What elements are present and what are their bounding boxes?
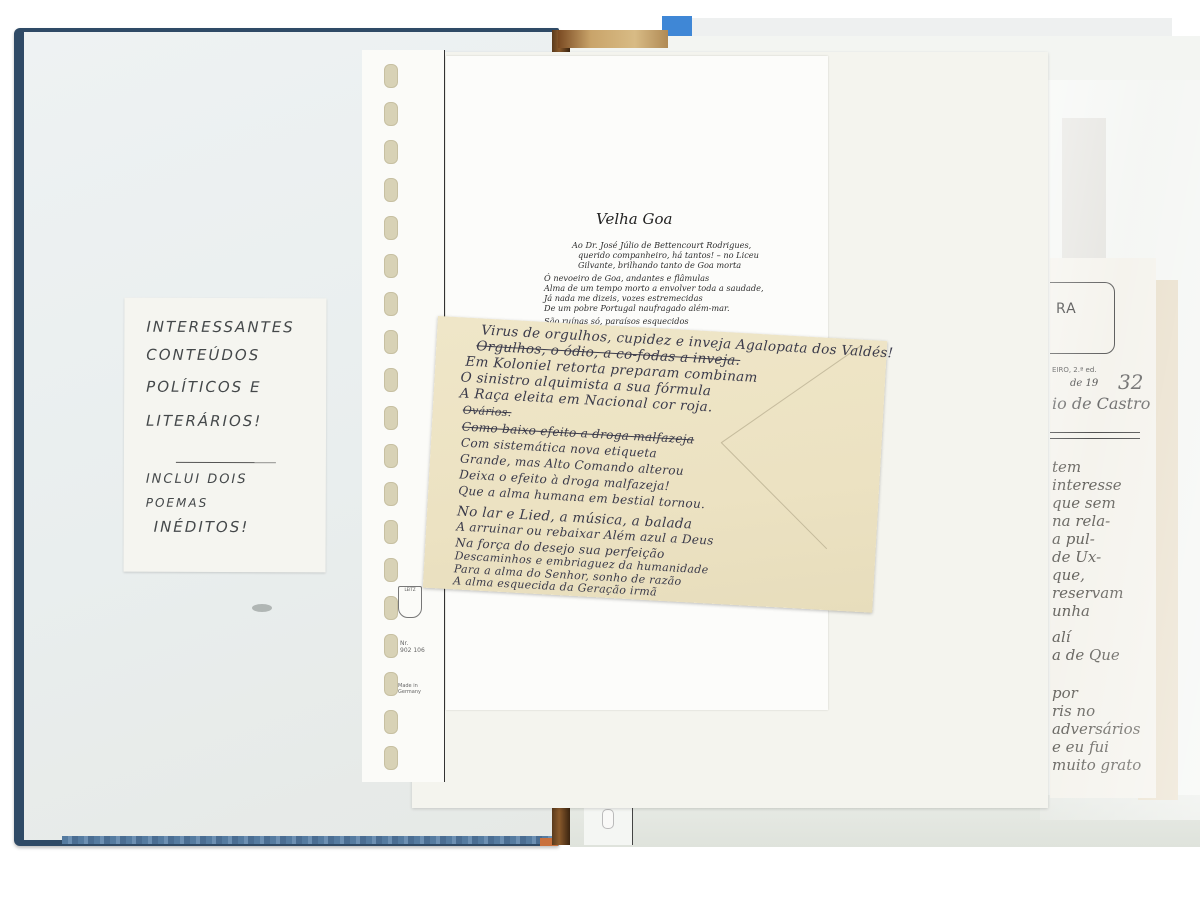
- note-line: POLÍTICOS E: [146, 378, 261, 396]
- punch-hole: [384, 368, 398, 392]
- punch-hole: [384, 64, 398, 88]
- punch-hole: [384, 444, 398, 468]
- punch-hole: [384, 634, 398, 658]
- punch-hole: [384, 330, 398, 354]
- punch-hole: [384, 520, 398, 544]
- note-line: INÉDITOS!: [154, 518, 250, 536]
- product-number-value: 902 106: [400, 647, 425, 654]
- punch-hole: [384, 102, 398, 126]
- envelope-line: Ovários.: [462, 404, 511, 420]
- binder-bottom-edge: [62, 836, 552, 844]
- note-line: CONTEÚDOS: [146, 346, 260, 364]
- punch-hole: [384, 746, 398, 770]
- punch-hole: [384, 178, 398, 202]
- punch-hole: [384, 406, 398, 430]
- punch-hole: [384, 216, 398, 240]
- punch-hole: [384, 710, 398, 734]
- handwritten-note-card: INTERESSANTES CONTEÚDOS POLÍTICOS E LITE…: [124, 298, 327, 573]
- poem-title: Velha Goa: [596, 210, 672, 228]
- poem-verse: Ó nevoeiro de Goa, andantes e flâmulas: [544, 273, 709, 283]
- punch-hole: [384, 558, 398, 582]
- binder-spine-top: [558, 30, 668, 48]
- product-number: Nr. 902 106: [400, 640, 425, 654]
- poem-verse: De um pobre Portugal naufragado além-mar…: [544, 303, 730, 313]
- poem-dedication: querido companheiro, há tantos! – no Lic…: [578, 250, 759, 260]
- poem-dedication: Gilvante, brilhando tanto de Goa morta: [578, 260, 741, 270]
- product-number-label: Nr.: [400, 640, 425, 647]
- note-line: POEMAS: [146, 496, 209, 510]
- envelope-flap-crease: [721, 345, 862, 444]
- made-in-label: Made in Germany: [398, 683, 421, 695]
- manufacturer-logo-icon: LEITZ: [398, 586, 422, 618]
- envelope-flap-crease: [720, 442, 827, 550]
- punch-hole: [384, 482, 398, 506]
- plastic-sleeve-overlay: [1040, 80, 1200, 820]
- punch-hole: [602, 809, 614, 829]
- punch-hole: [384, 672, 398, 696]
- punch-hole: [384, 254, 398, 278]
- note-separator: [176, 462, 276, 464]
- punch-hole: [384, 292, 398, 316]
- note-line: INCLUI DOIS: [146, 472, 248, 487]
- poem-dedication: Ao Dr. José Júlio de Bettencourt Rodrigu…: [572, 240, 751, 250]
- ink-smudge: [252, 604, 272, 612]
- handwritten-envelope: Virus de orgulhos, cupidez e inveja Agal…: [423, 316, 887, 613]
- made-in-country: Germany: [398, 689, 421, 695]
- poem-verse: Alma de um tempo morto a envolver toda a…: [544, 283, 764, 293]
- punch-hole: [384, 596, 398, 620]
- punch-hole: [384, 140, 398, 164]
- note-line: LITERÁRIOS!: [146, 412, 262, 430]
- note-line: INTERESSANTES: [146, 318, 294, 337]
- poem-verse: Já nada me dizeis, vozes estremecidas: [544, 293, 703, 303]
